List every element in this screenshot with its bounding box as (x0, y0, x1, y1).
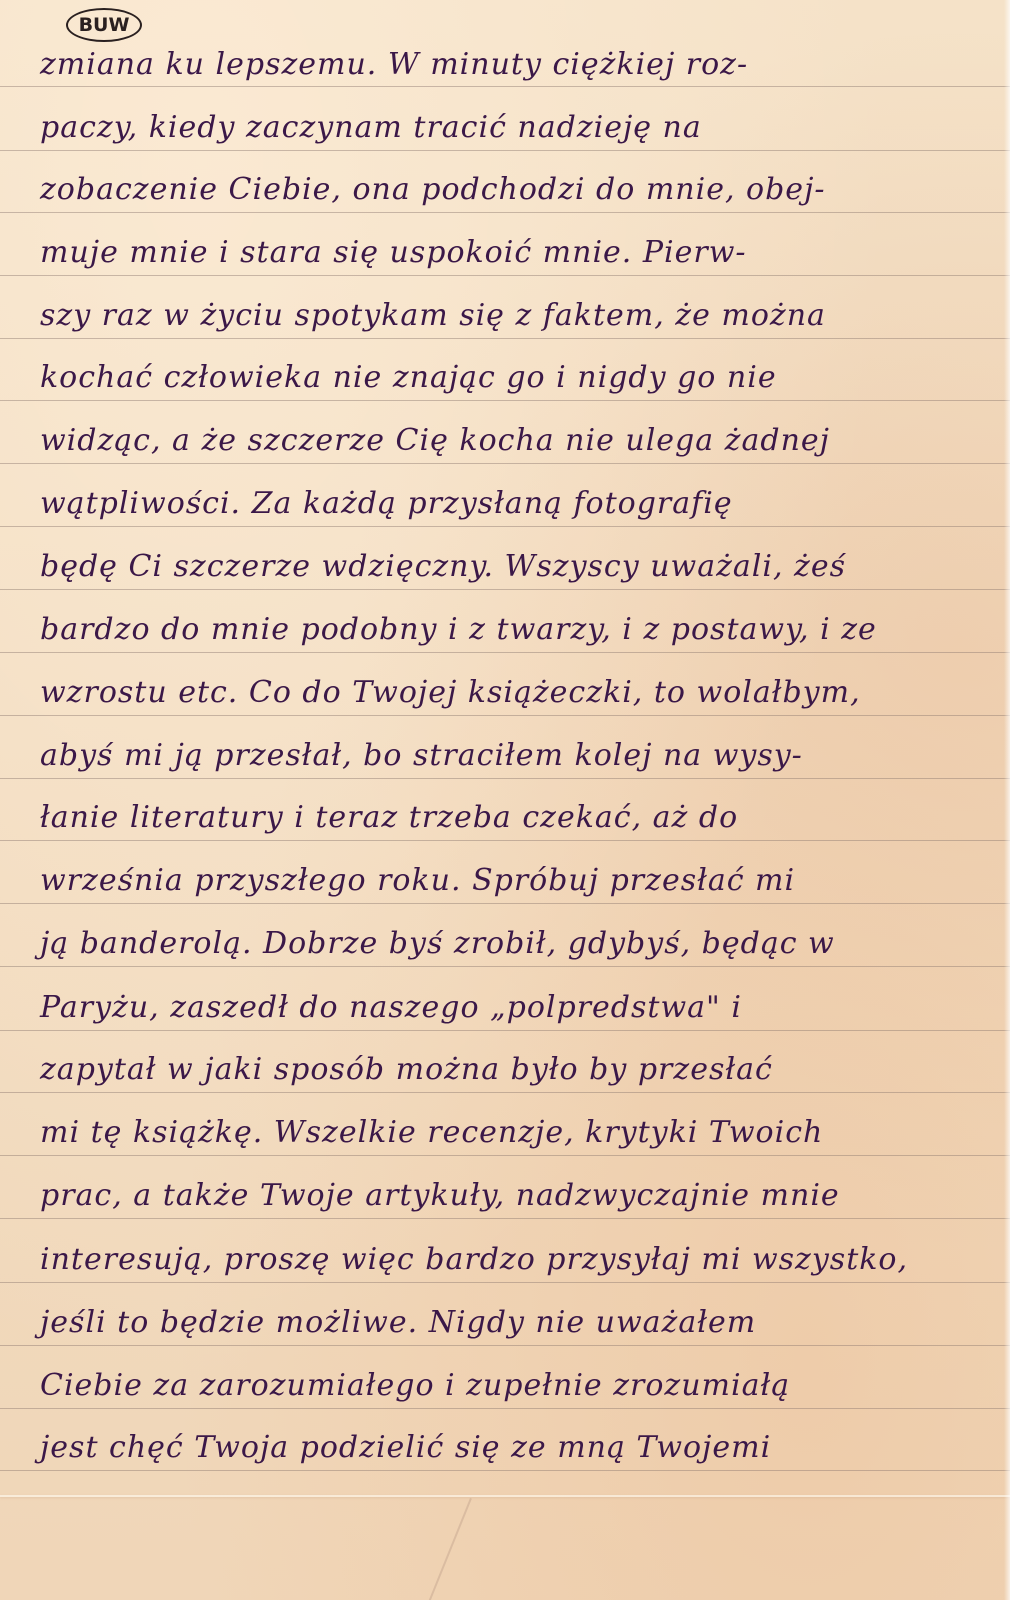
text-line: abyś mi ją przesłał, bo straciłem kolej … (40, 739, 990, 773)
letter-page: BUW zmiana ku lepszemu. W minuty ciężkie… (0, 0, 1010, 1600)
paper-fold (0, 1495, 1010, 1497)
text-line: bardzo do mnie podobny i z twarzy, i z p… (40, 613, 990, 647)
text-line: Paryżu, zaszedł do naszego „polpredstwa"… (40, 991, 990, 1025)
text-line: szy raz w życiu spotykam się z faktem, ż… (40, 299, 990, 333)
text-line: mi tę książkę. Wszelkie recenzje, krytyk… (40, 1116, 990, 1150)
text-line: jest chęć Twoja podzielić się ze mną Two… (40, 1431, 990, 1465)
text-line: widząc, a że szczerze Cię kocha nie uleg… (40, 424, 990, 458)
text-line: wzrostu etc. Co do Twojej książeczki, to… (40, 676, 990, 710)
text-line: paczy, kiedy zaczynam tracić nadzieję na (40, 111, 990, 145)
letter-body: zmiana ku lepszemu. W minuty ciężkiej ro… (0, 0, 1010, 1600)
text-line: jeśli to będzie możliwe. Nigdy nie uważa… (40, 1306, 990, 1340)
text-line: zapytał w jaki sposób można było by prze… (40, 1053, 990, 1087)
text-line: interesują, proszę więc bardzo przysyłaj… (40, 1243, 990, 1277)
paper-edge (1004, 0, 1010, 1600)
text-line: kochać człowieka nie znając go i nigdy g… (40, 361, 990, 395)
text-line: prac, a także Twoje artykuły, nadzwyczaj… (40, 1179, 990, 1213)
text-line: zobaczenie Ciebie, ona podchodzi do mnie… (40, 173, 990, 207)
text-line: zmiana ku lepszemu. W minuty ciężkiej ro… (40, 48, 990, 82)
text-line: wątpliwości. Za każdą przysłaną fotograf… (40, 487, 990, 521)
text-line: września przyszłego roku. Spróbuj przesł… (40, 864, 990, 898)
text-line: muje mnie i stara się uspokoić mnie. Pie… (40, 236, 990, 270)
text-line: ją banderolą. Dobrze byś zrobił, gdybyś,… (40, 927, 990, 961)
text-line: będę Ci szczerze wdzięczny. Wszyscy uważ… (40, 550, 990, 584)
text-line: łanie literatury i teraz trzeba czekać, … (40, 801, 990, 835)
text-line: Ciebie za zarozumiałego i zupełnie zrozu… (40, 1369, 990, 1403)
